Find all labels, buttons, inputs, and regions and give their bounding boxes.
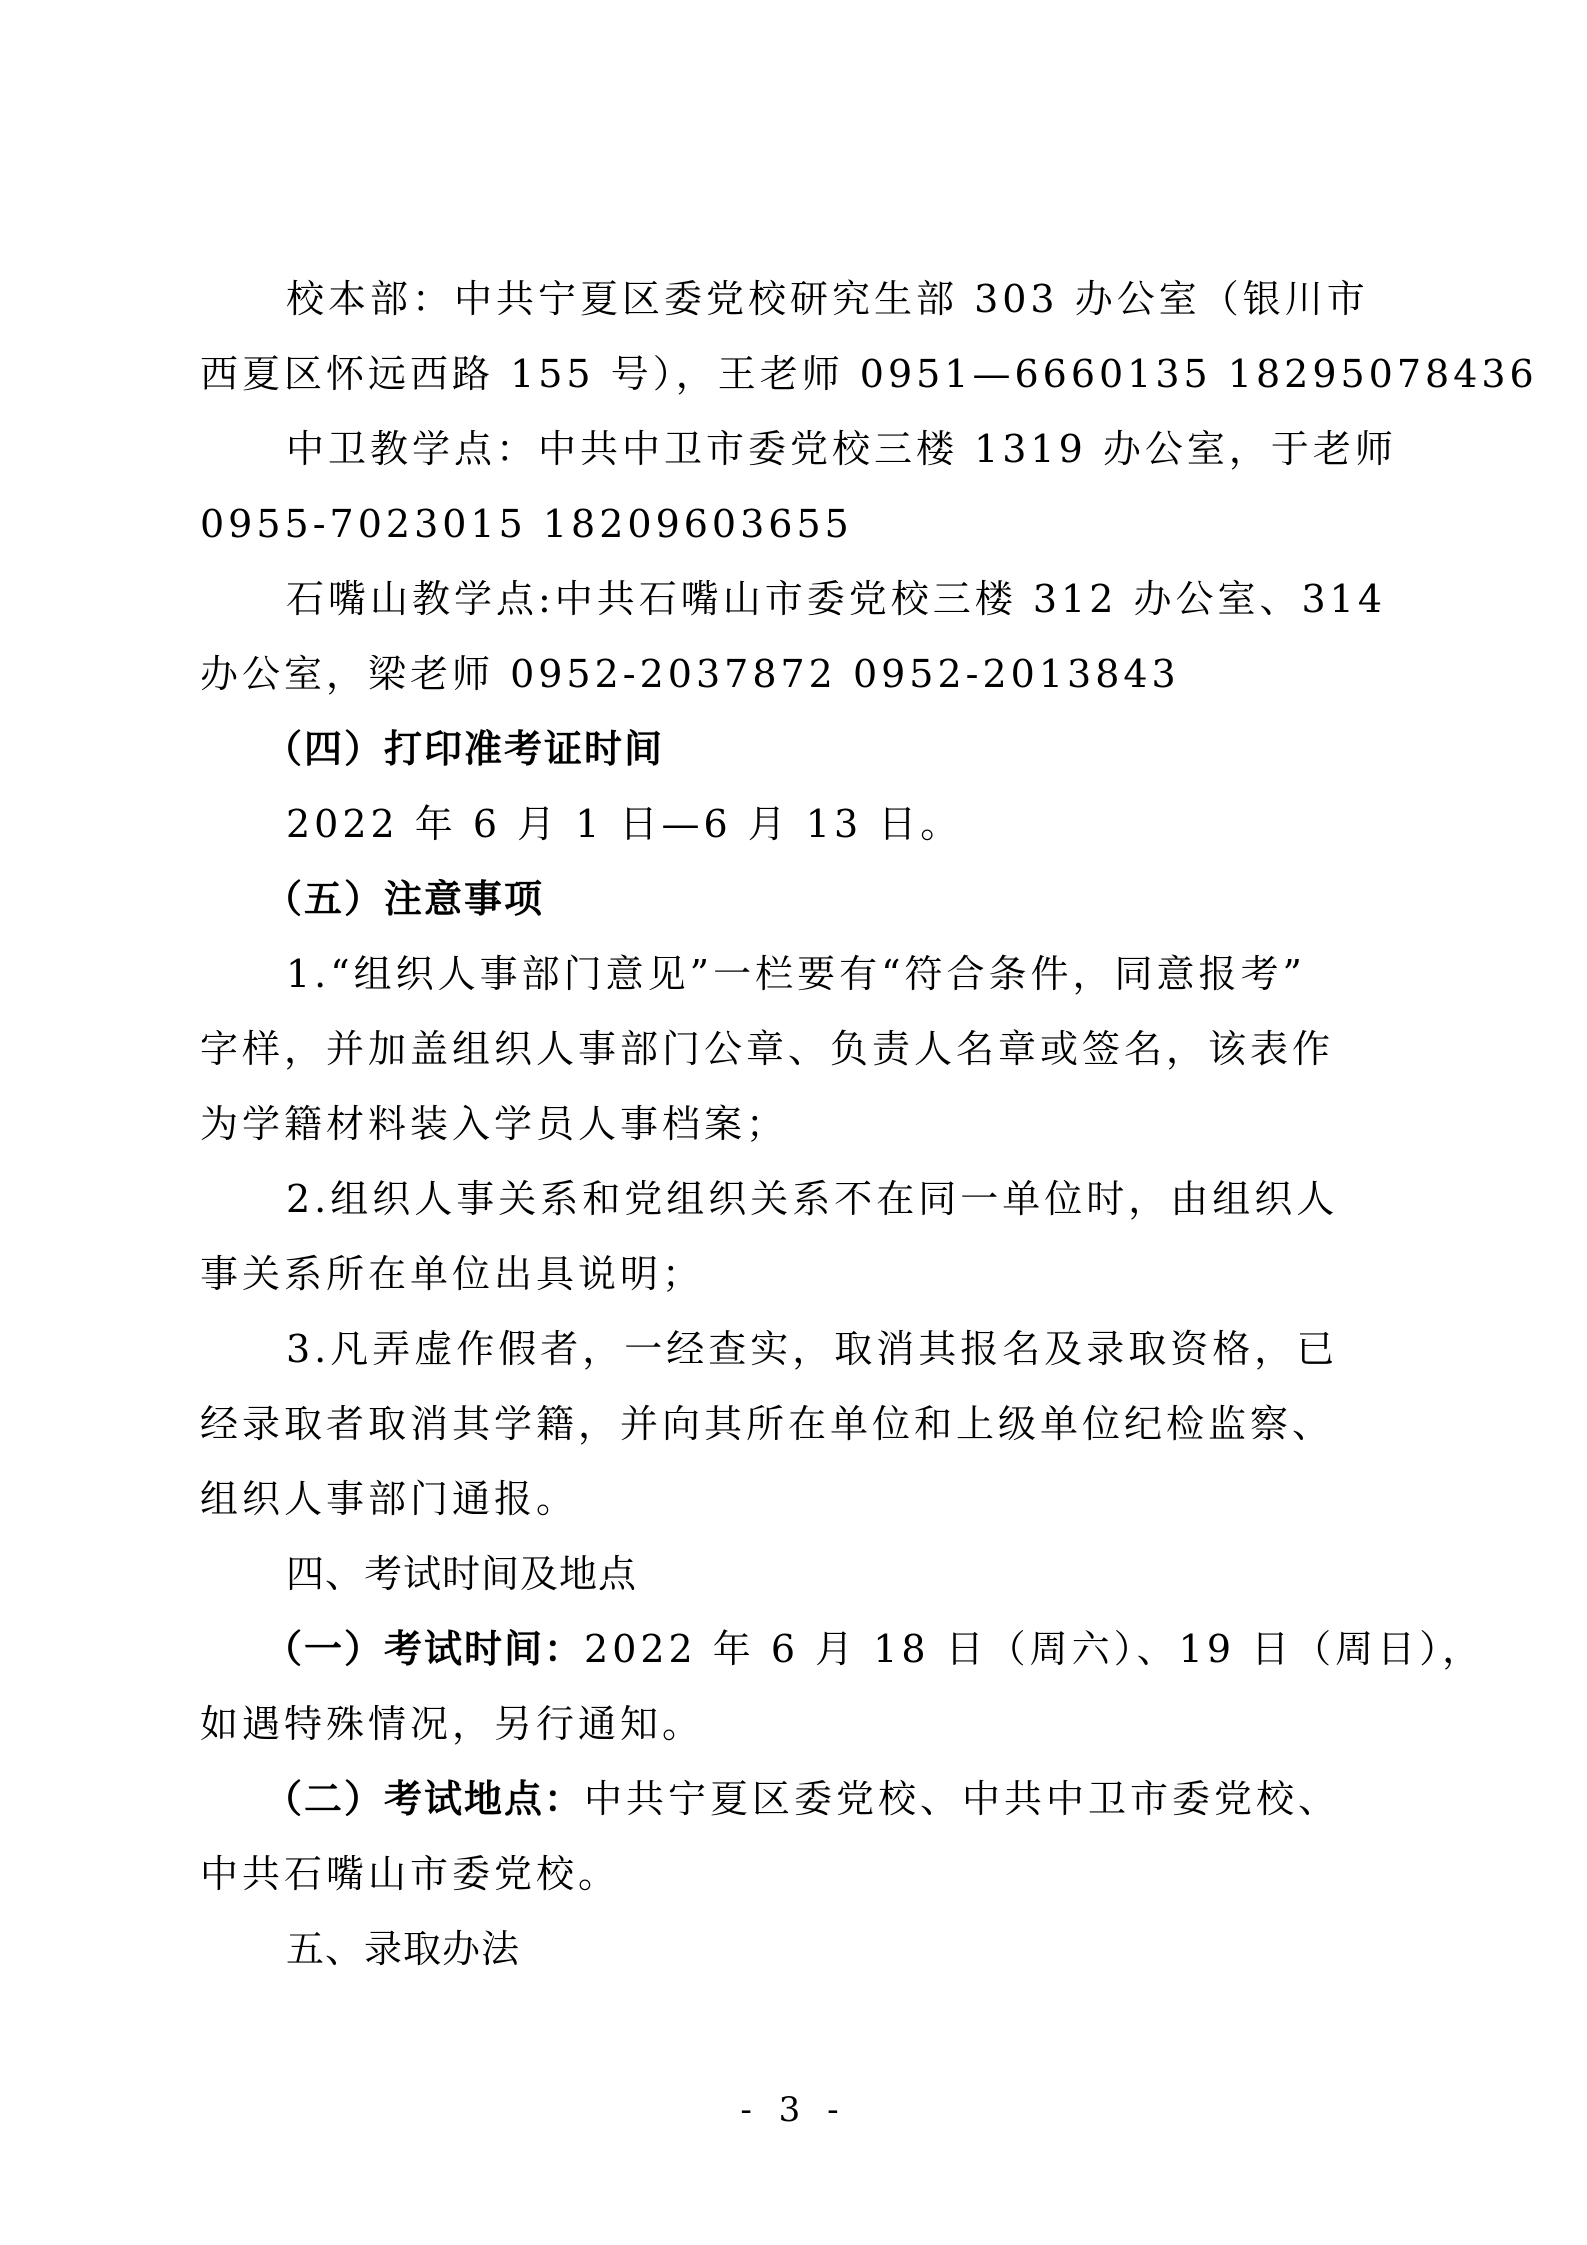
contact-main-campus-line2: 西夏区怀远西路 155 号），王老师 0951—6660135 18295078… xyxy=(200,337,1408,412)
exam-location-label: （二）考试地点： xyxy=(264,1777,584,1821)
note-3-line1: 3.凡弄虚作假者，一经查实，取消其报名及录取资格，已 xyxy=(200,1312,1408,1387)
note-2-line1: 2.组织人事关系和党组织关系不在同一单位时，由组织人 xyxy=(200,1162,1408,1237)
contact-zhongwei-line2: 0955-7023015 18209603655 xyxy=(200,487,1408,562)
exam-time-location-heading: 四、考试时间及地点 xyxy=(200,1537,1408,1612)
contact-main-campus-line1: 校本部：中共宁夏区委党校研究生部 303 办公室（银川市 xyxy=(200,262,1408,337)
page-number: - 3 - xyxy=(0,2090,1587,2130)
exam-time-line1: （一）考试时间：2022 年 6 月 18 日（周六）、19 日（周日）， xyxy=(200,1612,1408,1687)
exam-location-line2: 中共石嘴山市委党校。 xyxy=(200,1837,1408,1912)
note-1-line3: 为学籍材料装入学员人事档案； xyxy=(200,1087,1408,1162)
note-3-line2: 经录取者取消其学籍，并向其所在单位和上级单位纪检监察、 xyxy=(200,1387,1408,1462)
exam-location-line1: （二）考试地点：中共宁夏区委党校、中共中卫市委党校、 xyxy=(200,1762,1408,1837)
exam-time-line2: 如遇特殊情况，另行通知。 xyxy=(200,1687,1408,1762)
admission-ticket-heading: （四）打印准考证时间 xyxy=(200,712,1408,787)
note-1-line1: 1.“组织人事部门意见”一栏要有“符合条件，同意报考” xyxy=(200,937,1408,1012)
contact-shizuishan-line1: 石嘴山教学点:中共石嘴山市委党校三楼 312 办公室、314 xyxy=(200,562,1408,637)
note-2-line2: 事关系所在单位出具说明； xyxy=(200,1237,1408,1312)
note-1-line2: 字样，并加盖组织人事部门公章、负责人名章或签名，该表作 xyxy=(200,1012,1408,1087)
admission-method-heading: 五、录取办法 xyxy=(200,1912,1408,1987)
contact-shizuishan-line2: 办公室，梁老师 0952-2037872 0952-2013843 xyxy=(200,637,1408,712)
note-3-line3: 组织人事部门通报。 xyxy=(200,1462,1408,1537)
contact-zhongwei-line1: 中卫教学点：中共中卫市委党校三楼 1319 办公室，于老师 xyxy=(200,412,1408,487)
exam-time-label: （一）考试时间： xyxy=(264,1627,584,1671)
exam-time-value: 2022 年 6 月 18 日（周六）、19 日（周日）， xyxy=(584,1627,1484,1671)
exam-location-value: 中共宁夏区委党校、中共中卫市委党校、 xyxy=(584,1777,1340,1821)
document-page: 校本部：中共宁夏区委党校研究生部 303 办公室（银川市 西夏区怀远西路 155… xyxy=(200,262,1408,1987)
notes-heading: （五）注意事项 xyxy=(200,862,1408,937)
admission-ticket-dates: 2022 年 6 月 1 日—6 月 13 日。 xyxy=(200,787,1408,862)
